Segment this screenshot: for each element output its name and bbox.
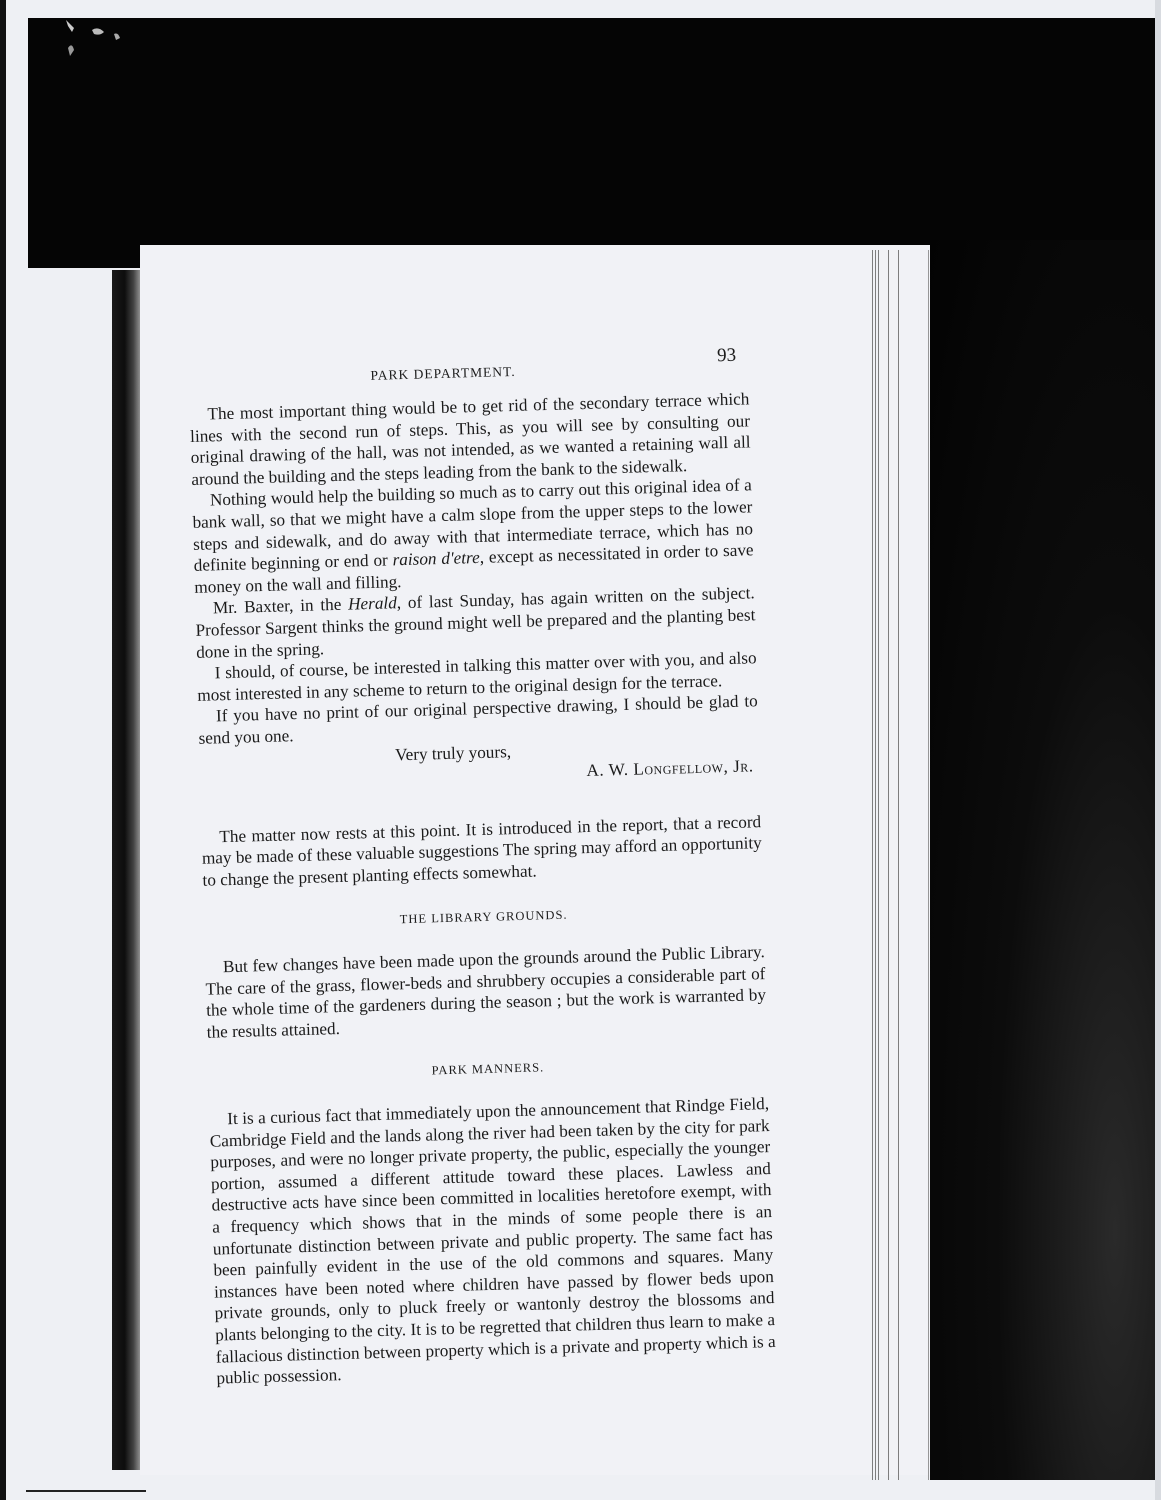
page-text: PARK DEPARTMENT. 93 The most important t… (188, 344, 777, 1389)
running-head: PARK DEPARTMENT. (370, 361, 516, 387)
page-edge-lines (868, 250, 930, 1480)
page-number: 93 (717, 345, 737, 367)
italic-phrase: raison d'etre (392, 548, 480, 569)
scanner-background-top (28, 18, 1161, 268)
left-page-edge (26, 1490, 146, 1492)
scan-border (0, 0, 6, 1500)
letter-paragraph: Nothing would help the building so much … (192, 475, 755, 599)
section-heading: THE LIBRARY GROUNDS. (204, 900, 764, 937)
scan-border-right (1155, 0, 1161, 1500)
body-paragraph: But few changes have been made upon the … (205, 941, 767, 1043)
body-paragraph: The matter now rests at this point. It i… (201, 811, 763, 891)
italic-phrase: Herald (348, 594, 397, 614)
letter-paragraph: The most important thing would be to get… (189, 388, 751, 490)
scan-artifact-specks (60, 18, 150, 88)
text-run: Mr. Baxter, in the (213, 595, 349, 618)
scanner-background-right (930, 240, 1161, 1480)
section-heading: PARK MANNERS. (208, 1052, 768, 1089)
body-paragraph: It is a curious fact that immediately up… (209, 1093, 777, 1389)
